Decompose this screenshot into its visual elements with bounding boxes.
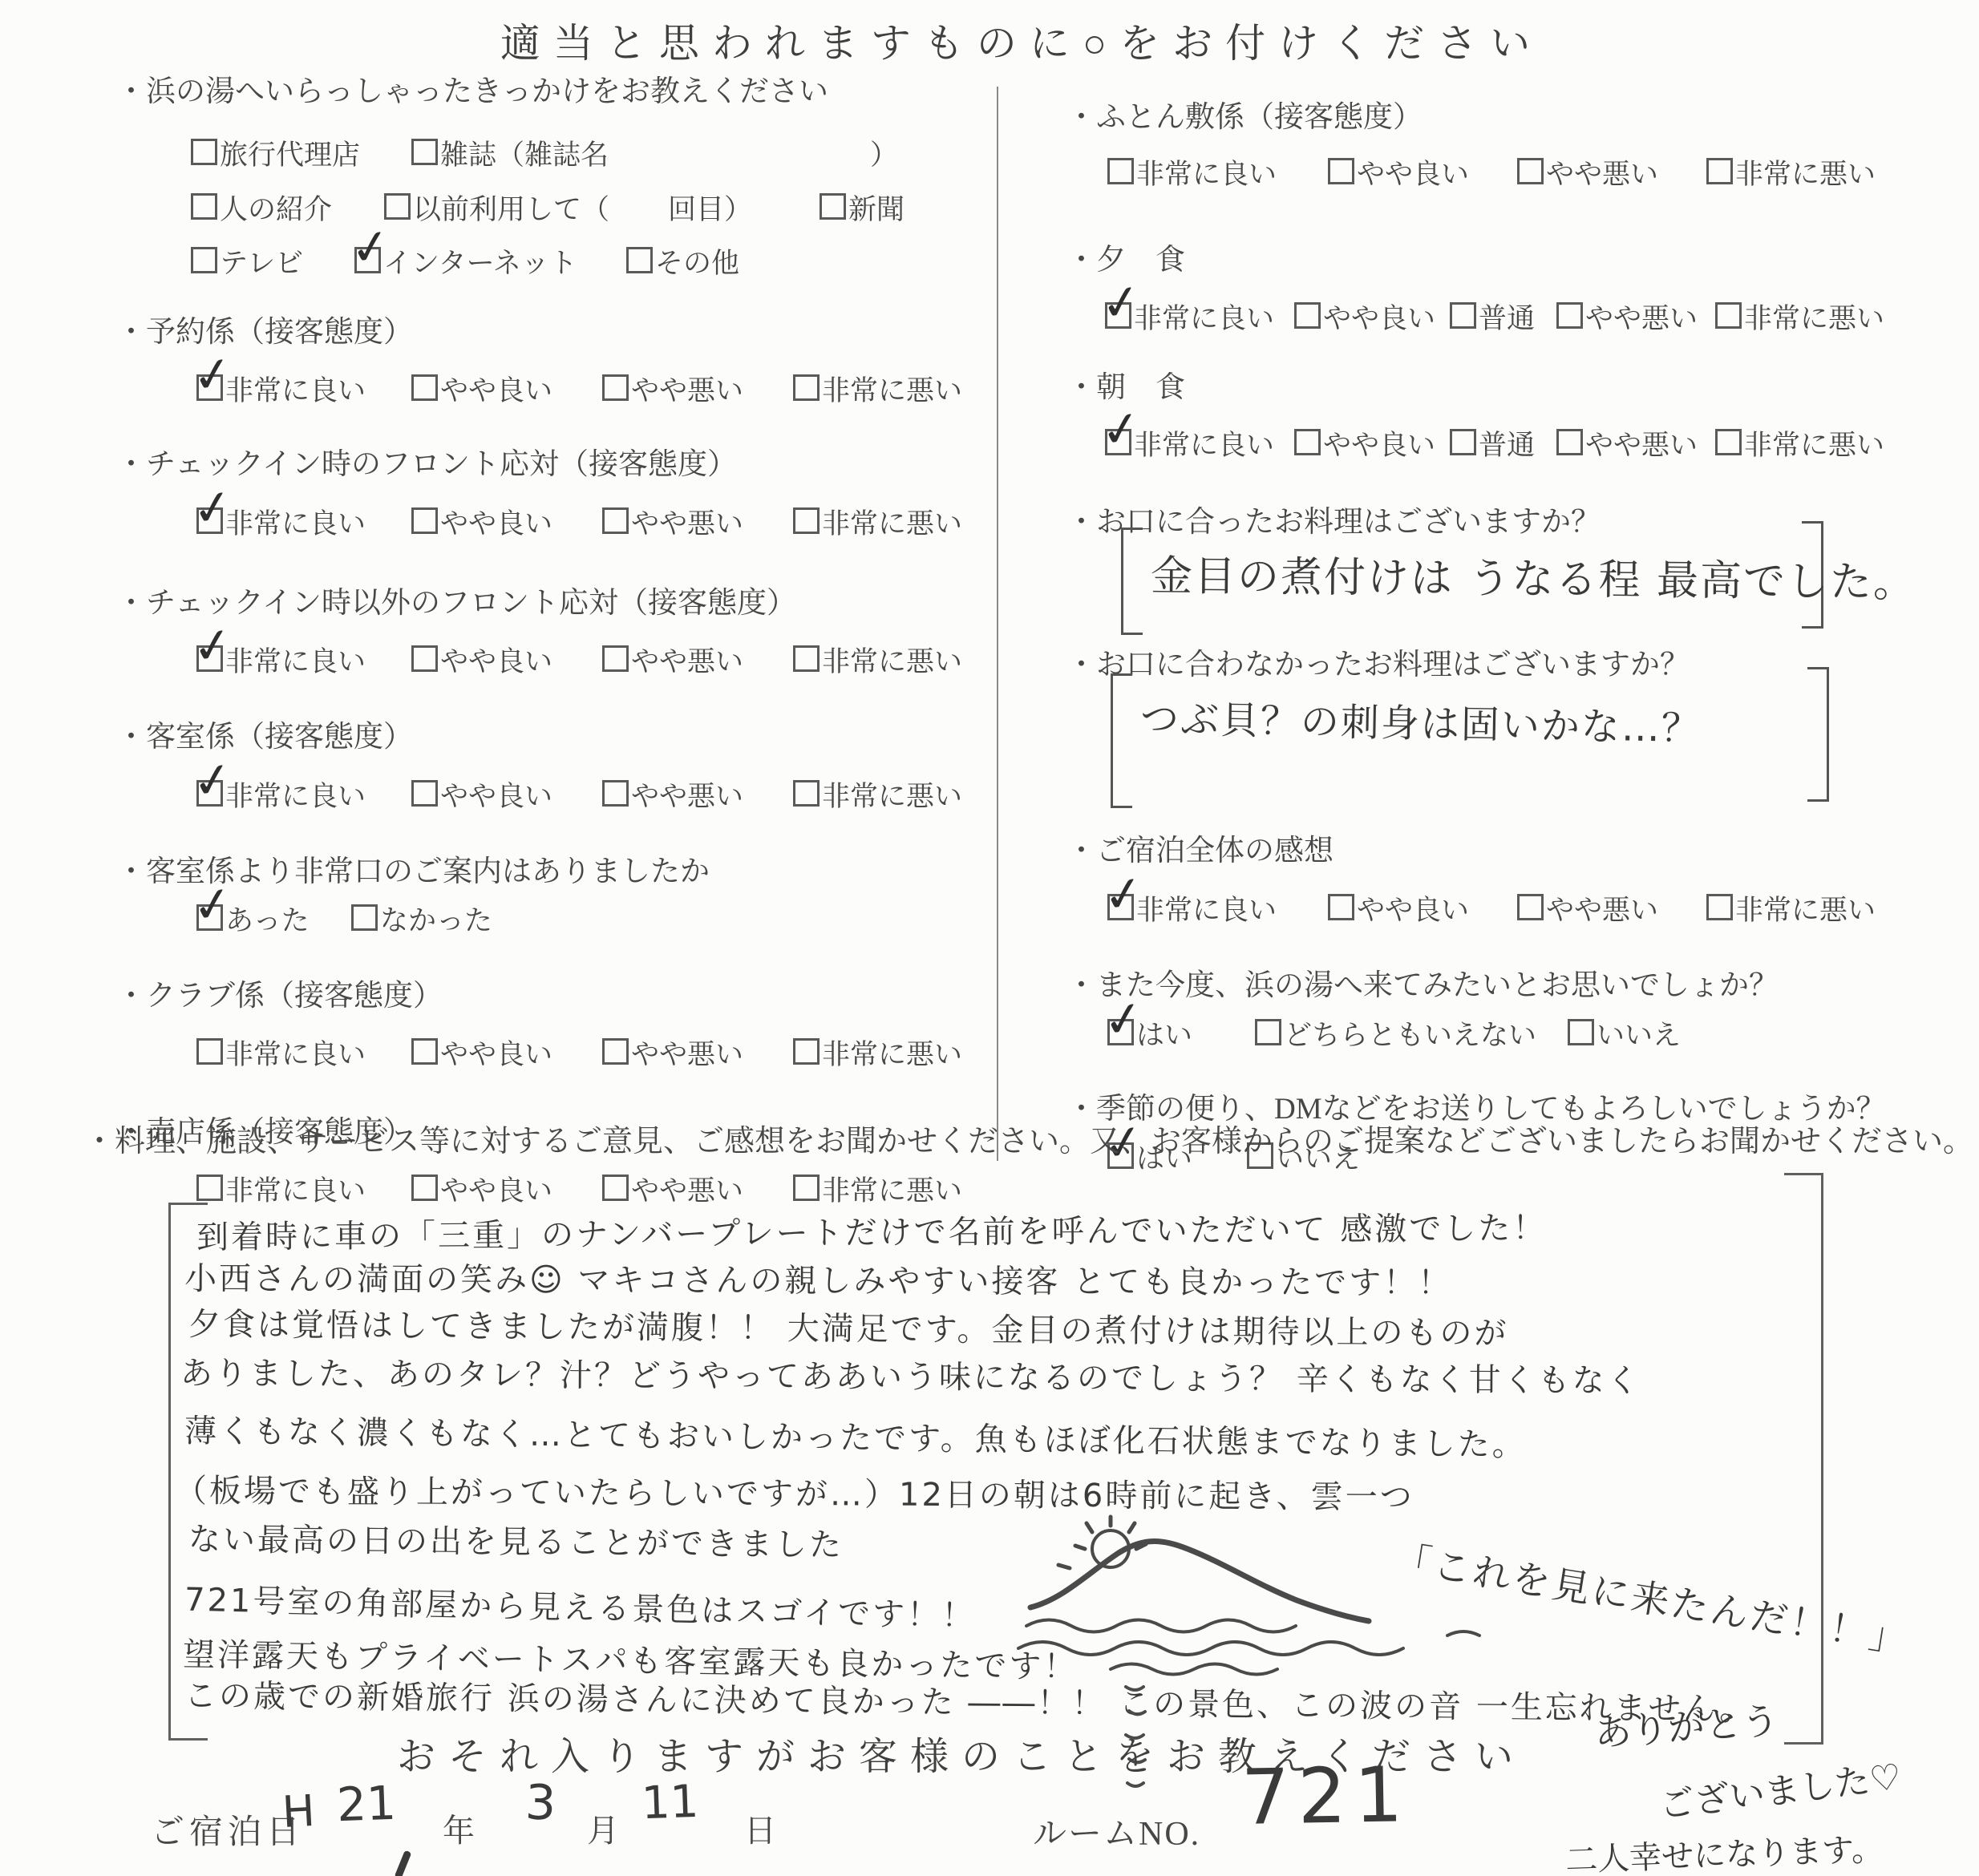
- thanks-note-line2: ございました♡: [1656, 1748, 1904, 1829]
- questionnaire-scan-page: 適当と思われますものに○をお付けください ・浜の湯へいらっしゃったきっかけをお教…: [0, 0, 1979, 1876]
- comment-line: 721号室の角部屋から見える景色はスゴイです！！: [184, 1575, 977, 1637]
- checkbox-roomstaff-fairly-good[interactable]: [411, 780, 438, 807]
- checkbox-overall-very-bad[interactable]: [1706, 894, 1733, 920]
- checkbox-futon-fairly-bad[interactable]: [1517, 158, 1544, 184]
- checkbox-magazine[interactable]: [411, 139, 438, 165]
- section-trigger-title: ・浜の湯へいらっしゃったきっかけをお教えください: [116, 67, 828, 110]
- checkbox-checkin-very-good[interactable]: [196, 507, 223, 534]
- option-revisit-neutral: どちらともいえない: [1255, 1013, 1536, 1053]
- checkbox-dinner-very-good[interactable]: [1105, 302, 1131, 329]
- liked-dish-answer: 金目の煮付けは うなる程 最高でした。: [1151, 542, 1917, 608]
- option-shop-fairly-good: やや良い: [411, 1169, 552, 1209]
- checkbox-noncheckin-very-good[interactable]: [196, 645, 223, 672]
- option-travel-agency: 旅行代理店: [191, 133, 360, 173]
- option-referral: 人の紹介: [191, 188, 332, 228]
- stay-date-month-unit: 月: [587, 1805, 619, 1851]
- disliked-answer-bracket-left: [1111, 673, 1132, 808]
- option-futon-very-good: 非常に良い: [1107, 152, 1277, 192]
- checkbox-shop-very-good[interactable]: [196, 1175, 223, 1201]
- checkbox-shop-fairly-bad[interactable]: [602, 1175, 629, 1201]
- comment-line: ありました、あのタレ？汁？どうやってああいう味になるのでしょう？ 辛くもなく甘く…: [180, 1348, 1641, 1401]
- option-noncheckin-fairly-good: やや良い: [411, 640, 552, 680]
- checkbox-checkin-fairly-good[interactable]: [411, 507, 438, 534]
- checkbox-breakfast-normal[interactable]: [1450, 429, 1476, 455]
- stay-date-year-value: 21: [336, 1776, 397, 1833]
- option-overall-fairly-bad: やや悪い: [1517, 888, 1658, 928]
- checkbox-dinner-fairly-good[interactable]: [1294, 302, 1321, 329]
- option-breakfast-fairly-bad: やや悪い: [1556, 423, 1698, 463]
- option-dinner-very-bad: 非常に悪い: [1715, 297, 1884, 337]
- option-breakfast-fairly-good: やや良い: [1294, 423, 1435, 463]
- checkbox-breakfast-fairly-good[interactable]: [1294, 429, 1321, 455]
- checkbox-noncheckin-very-bad[interactable]: [793, 645, 820, 672]
- option-checkin-fairly-good: やや良い: [411, 502, 552, 542]
- checkbox-futon-very-good[interactable]: [1107, 158, 1134, 184]
- checkbox-futon-very-bad[interactable]: [1706, 158, 1733, 184]
- checkbox-roomstaff-fairly-bad[interactable]: [602, 780, 629, 807]
- option-breakfast-very-bad: 非常に悪い: [1715, 423, 1884, 463]
- section-checkin-title: ・チェックイン時のフロント応対（接客態度）: [116, 439, 737, 483]
- stay-date-day-unit: 日: [744, 1805, 776, 1851]
- section-breakfast-title: ・朝 食: [1066, 362, 1185, 406]
- checkbox-checkin-very-bad[interactable]: [793, 507, 820, 534]
- checkbox-overall-fairly-good[interactable]: [1328, 894, 1354, 920]
- checkbox-shop-fairly-good[interactable]: [411, 1175, 438, 1201]
- section-futon-title: ・ふとん敷係（接客態度）: [1066, 92, 1423, 135]
- option-other: その他: [626, 241, 739, 281]
- left-column: ・浜の湯へいらっしゃったきっかけをお教えください 旅行代理店 雑誌（雑誌名 ） …: [80, 64, 998, 1211]
- stay-date-era-value: H: [281, 1785, 316, 1838]
- section-roomstaff-title: ・客室係（接客態度）: [116, 712, 413, 755]
- section-club-title: ・クラブ係（接客態度）: [116, 971, 443, 1014]
- liked-answer-bracket-left: [1121, 528, 1143, 635]
- section-disliked-dish-title: ・お口に合わなかったお料理はございますか？: [1066, 640, 1690, 683]
- option-overall-very-bad: 非常に悪い: [1706, 888, 1876, 928]
- checkbox-noncheckin-fairly-good[interactable]: [411, 645, 438, 672]
- option-repeat-visit: 以前利用して（: [384, 188, 609, 228]
- section-liked-dish-title: ・お口に合ったお料理はございますか？: [1066, 497, 1601, 540]
- stay-date-day-value: 11: [641, 1776, 699, 1830]
- page-title: 適当と思われますものに○をお付けください: [64, 11, 1979, 69]
- section-noncheckin-title: ・チェックイン時以外のフロント応対（接客態度）: [116, 578, 796, 621]
- option-revisit-no: いいえ: [1568, 1013, 1681, 1053]
- option-noncheckin-fairly-bad: やや悪い: [602, 640, 743, 680]
- checkbox-breakfast-very-bad[interactable]: [1715, 429, 1742, 455]
- comment-line: 到着時に車の「三重」のナンバープレートだけで名前を呼んでいただいて 感激でした！: [196, 1203, 1548, 1258]
- right-column: ・ふとん敷係（接客態度） 非常に良い やや良い やや悪い 非常に悪い ・夕 食 …: [1066, 64, 1973, 1211]
- checkbox-other[interactable]: [626, 247, 653, 273]
- checkbox-checkin-fairly-bad[interactable]: [602, 507, 629, 534]
- option-checkin-very-good: 非常に良い: [196, 502, 366, 542]
- room-number-label: ルームNO.: [1033, 1807, 1200, 1855]
- checkbox-revisit-yes[interactable]: [1107, 1019, 1134, 1045]
- section-revisit-title: ・また今度、浜の湯へ来てみたいとお思いでしょか？: [1066, 960, 1779, 1004]
- checkbox-club-very-good[interactable]: [196, 1038, 223, 1065]
- option-checkin-fairly-bad: やや悪い: [602, 502, 743, 542]
- option-club-fairly-bad: やや悪い: [602, 1033, 743, 1073]
- checkbox-internet[interactable]: [354, 247, 381, 273]
- repeat-times-close: 回目）: [668, 188, 752, 228]
- option-reservation-fairly-good: やや良い: [411, 369, 552, 409]
- option-shop-fairly-bad: やや悪い: [602, 1169, 743, 1209]
- checkbox-repeat-visit[interactable]: [384, 193, 411, 220]
- magazine-paren-close: ）: [870, 133, 898, 173]
- option-noncheckin-very-good: 非常に良い: [196, 640, 366, 680]
- option-exit-no: なかった: [351, 899, 492, 939]
- option-shop-very-bad: 非常に悪い: [793, 1169, 962, 1209]
- option-roomstaff-fairly-bad: やや悪い: [602, 774, 743, 815]
- section-dinner-title: ・夕 食: [1066, 235, 1185, 278]
- comment-line: 薄くもなく濃くもなく…とてもおいしかったです。魚もほぼ化石状態までなりました。: [184, 1405, 1527, 1466]
- stray-pen-mark: [395, 1850, 412, 1876]
- option-roomstaff-fairly-good: やや良い: [411, 774, 552, 815]
- option-checkin-very-bad: 非常に悪い: [793, 502, 962, 542]
- option-club-very-good: 非常に良い: [196, 1033, 366, 1073]
- option-overall-fairly-good: やや良い: [1328, 888, 1469, 928]
- thanks-note-line3: 二人幸せになります。: [1564, 1824, 1884, 1876]
- option-dinner-very-good: 非常に良い: [1105, 297, 1274, 337]
- option-dinner-fairly-good: やや良い: [1294, 297, 1435, 337]
- section-overall-title: ・ご宿泊全体の感想: [1066, 826, 1333, 869]
- option-reservation-very-good: 非常に良い: [196, 369, 366, 409]
- option-futon-fairly-good: やや良い: [1328, 152, 1469, 192]
- option-club-fairly-good: やや良い: [411, 1033, 552, 1073]
- checkbox-dinner-normal[interactable]: [1450, 302, 1476, 329]
- comment-line: 夕食は覚悟はしてきましたが満腹！！ 大満足です。金目の煮付けは期待以上のものが: [188, 1299, 1509, 1353]
- checkbox-newspaper[interactable]: [820, 193, 846, 220]
- option-magazine: 雑誌（雑誌名: [411, 133, 609, 173]
- checkbox-club-very-bad[interactable]: [793, 1038, 820, 1065]
- checkbox-reservation-fairly-bad[interactable]: [602, 374, 629, 401]
- option-breakfast-normal: 普通: [1450, 423, 1535, 463]
- checkbox-club-fairly-good[interactable]: [411, 1038, 438, 1065]
- option-roomstaff-very-bad: 非常に悪い: [793, 774, 962, 815]
- option-tv: テレビ: [191, 241, 303, 281]
- checkbox-tv[interactable]: [191, 247, 217, 273]
- checkbox-breakfast-very-good[interactable]: [1105, 429, 1131, 455]
- comment-line: （板場でも盛り上がっていたらしいですが…）12日の朝は6時前に起き、雲一つ: [175, 1466, 1414, 1518]
- checkbox-noncheckin-fairly-bad[interactable]: [602, 645, 629, 672]
- checkbox-overall-fairly-bad[interactable]: [1517, 894, 1544, 920]
- checkbox-exit-yes[interactable]: [196, 904, 223, 931]
- feedback-prompt: ・料理、施設、サービス等に対するご意見、ご感想をお聞かせください。又、お客様から…: [84, 1116, 1973, 1160]
- checkbox-futon-fairly-good[interactable]: [1328, 158, 1354, 184]
- checkbox-reservation-fairly-good[interactable]: [411, 374, 438, 401]
- checkbox-reservation-very-good[interactable]: [196, 374, 223, 401]
- option-roomstaff-very-good: 非常に良い: [196, 774, 366, 815]
- option-futon-very-bad: 非常に悪い: [1706, 152, 1876, 192]
- option-club-very-bad: 非常に悪い: [793, 1033, 962, 1073]
- checkbox-referral[interactable]: [191, 193, 217, 220]
- option-exit-yes: あった: [196, 899, 310, 939]
- option-reservation-fairly-bad: やや悪い: [602, 369, 743, 409]
- option-dinner-fairly-bad: やや悪い: [1556, 297, 1698, 337]
- checkbox-overall-very-good[interactable]: [1107, 894, 1134, 920]
- option-newspaper: 新聞: [820, 188, 905, 228]
- stay-date-year-unit: 年: [443, 1805, 475, 1851]
- checkbox-breakfast-fairly-bad[interactable]: [1556, 429, 1583, 455]
- checkbox-shop-very-bad[interactable]: [793, 1175, 820, 1201]
- checkbox-travel-agency[interactable]: [191, 139, 217, 165]
- option-dinner-normal: 普通: [1450, 297, 1535, 337]
- disliked-answer-bracket-right: [1807, 667, 1829, 802]
- option-shop-very-good: 非常に良い: [196, 1169, 366, 1209]
- option-noncheckin-very-bad: 非常に悪い: [793, 640, 962, 680]
- checkbox-roomstaff-very-bad[interactable]: [793, 780, 820, 807]
- checkbox-dinner-very-bad[interactable]: [1715, 302, 1742, 329]
- comment-line: 小西さんの満面の笑み☺ マキコさんの親しみやすい接客 とても良かったです！！: [184, 1253, 1452, 1304]
- checkbox-revisit-neutral[interactable]: [1255, 1019, 1281, 1045]
- stay-date-month-value: 3: [524, 1774, 557, 1831]
- checkbox-roomstaff-very-good[interactable]: [196, 780, 223, 807]
- option-futon-fairly-bad: やや悪い: [1517, 152, 1658, 192]
- checkbox-exit-no[interactable]: [351, 904, 378, 931]
- checkbox-reservation-very-bad[interactable]: [793, 374, 820, 401]
- option-overall-very-good: 非常に良い: [1107, 888, 1277, 928]
- option-reservation-very-bad: 非常に悪い: [793, 369, 962, 409]
- section-reservation-title: ・予約係（接客態度）: [116, 307, 413, 350]
- disliked-dish-answer: つぶ貝？の刺身は固いかな…？: [1139, 688, 1702, 753]
- option-breakfast-very-good: 非常に良い: [1105, 423, 1274, 463]
- room-number-value: 721: [1240, 1751, 1411, 1842]
- option-internet: インターネット: [354, 241, 577, 281]
- checkbox-club-fairly-bad[interactable]: [602, 1038, 629, 1065]
- comment-line: ない最高の日の出を見ることができました: [188, 1514, 844, 1565]
- checkbox-dinner-fairly-bad[interactable]: [1556, 302, 1583, 329]
- option-revisit-yes: はい: [1107, 1013, 1192, 1053]
- checkbox-revisit-no[interactable]: [1568, 1019, 1594, 1045]
- comment-box-bracket-right: [1784, 1173, 1823, 1745]
